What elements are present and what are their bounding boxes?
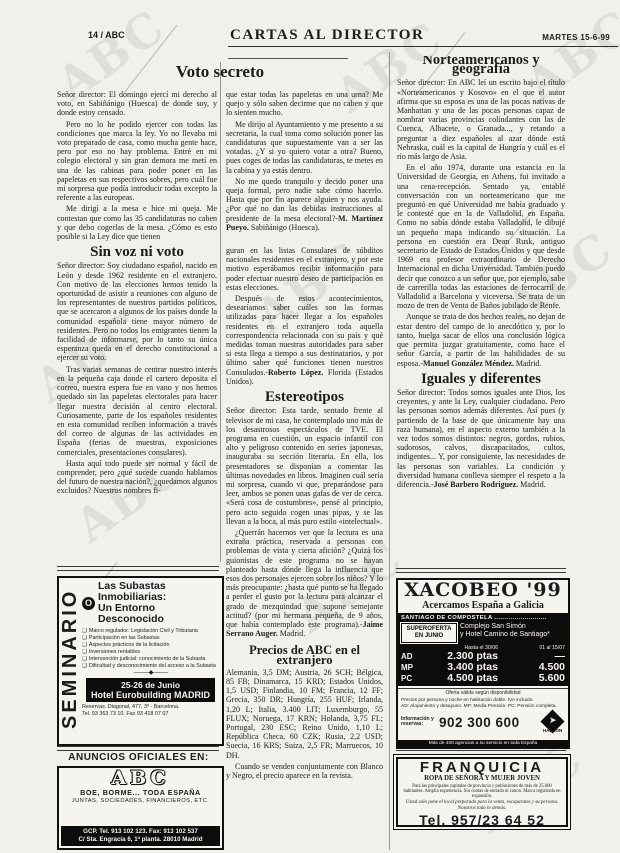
- board-type: MP: [401, 663, 431, 672]
- seminario-subastas-ad: SEMINARIO O Las Subastas Inmobiliarias: …: [57, 576, 224, 746]
- anuncios-line2: JUNTAS, SOCIEDADES, FINANCIEROS, ETC.: [59, 798, 222, 804]
- checkbox-icon: ❑: [82, 649, 87, 656]
- letter-paragraph: En el año 1974, durante una estancia en …: [397, 163, 565, 310]
- letter-paragraph: Después de estos acontecimientos, desear…: [226, 294, 383, 386]
- prices-paragraph: Alemania, 3,5 DM; Austria, 26 SCH; Bélgi…: [226, 668, 383, 760]
- seminario-title-line2: Un Entorno Desconocido: [98, 603, 219, 625]
- letter-paragraph: Aunque se trata de dos hechos reales, no…: [397, 312, 565, 367]
- headline-precios-abc: Precios de ABC en el extranjero: [226, 646, 383, 664]
- letter-paragraph: Señor director: Soy ciudadano español, n…: [57, 261, 217, 362]
- letter-signature: José Barbero Rodríguez.: [434, 480, 519, 489]
- bullet-text: Marco regulador: Legislación Civil y Tri…: [89, 628, 198, 635]
- franquicia-body: Para las principales capitales de provin…: [398, 783, 566, 800]
- info-reservas-label: Información y reservas:: [401, 717, 439, 728]
- header-rule: [228, 46, 618, 47]
- xacobeo-destination: SANTIAGO DE COMPOSTELA .................…: [401, 615, 565, 621]
- xacobeo-conditions-strip: Oferta válida según disponibilidad: [398, 688, 568, 696]
- column-rule: [228, 58, 348, 59]
- bullet-text: Inversiones rentables: [89, 649, 140, 656]
- letter-text: Señor director: Todos somos iguales ante…: [397, 388, 565, 489]
- letter-paragraph: Señor director: Esta tarde, sentado fren…: [226, 406, 383, 526]
- anuncios-oficiales-ad: ABC BOE, BORME... TODA ESPAÑA JUNTAS, SO…: [57, 766, 224, 850]
- xacobeo-subtitle: Acercamos España a Galicia: [398, 600, 568, 611]
- checkbox-icon: ❑: [82, 635, 87, 642]
- bullet-text: Dificultad y desconocimiento del acceso …: [89, 663, 216, 670]
- anuncios-contact-address: C/ Sta. Engracia 6, 1ª planta. 28010 Mad…: [61, 836, 220, 844]
- franquicia-subtitle: ROPA DE SEÑORA Y MUJER JOVEN: [398, 775, 566, 783]
- letter-paragraph: No me quedo tranquilo y decido poner una…: [226, 177, 383, 232]
- divider-ornament: ———◆———: [82, 671, 219, 676]
- headline-voto-secreto: Voto secreto: [57, 62, 383, 82]
- newspaper-page: ABC ABC ABC ABC ABC ABC ABC ABC ABC 14 /…: [0, 0, 620, 853]
- letter-paragraph: guran en las listas Consulares de súbdit…: [226, 246, 383, 292]
- letter-paragraph: Pero no lo he podido ejercer con todas l…: [57, 120, 217, 203]
- franquicia-phone: Tel. 957/23 64 52: [398, 812, 566, 827]
- seminario-logo-icon: O: [82, 597, 95, 610]
- letter-paragraph: que estar todas las papeletas en una urn…: [226, 90, 383, 118]
- page-number: 14 / ABC: [88, 30, 125, 40]
- list-item: ❑Dificultad y desconocimiento del acceso…: [82, 663, 219, 670]
- list-item: ❑Participación en las Subastas: [82, 635, 219, 642]
- letter-paragraph: ¿Querrán hacernos ver que la lectura es …: [226, 528, 383, 638]
- scan-mark: [124, 25, 178, 93]
- letter-paragraph: Tras varias semanas de centrar nuestro i…: [57, 365, 217, 457]
- franquicia-title: FRANQUICIA: [398, 760, 566, 775]
- checkbox-icon: ❑: [82, 628, 87, 635]
- column-divider: [220, 62, 221, 562]
- halcon-logo-icon: ➤ HALCÓN: [541, 710, 565, 734]
- list-item: ❑Marco regulador: Legislación Civil y Tr…: [82, 628, 219, 635]
- list-item: ❑Inversiones rentables: [82, 649, 219, 656]
- bullet-text: Participación en las Subastas: [89, 635, 160, 642]
- bullet-text: Aspectos prácticos de la licitación: [89, 642, 170, 649]
- letter-text: Después de estos acontecimientos, desear…: [226, 294, 383, 377]
- seminario-phone: Tel. 93 363 73 10. Fax 93 418 07 07: [82, 711, 219, 718]
- board-type: PC: [401, 674, 431, 683]
- price-july: 5.600: [498, 673, 565, 684]
- double-rule: [396, 750, 566, 755]
- letter-location: Madrid.: [278, 629, 306, 638]
- checkbox-icon: ❑: [82, 663, 87, 670]
- spacer: [226, 234, 383, 246]
- letter-text: ¿Querrán hacernos ver que la lectura es …: [226, 528, 383, 629]
- abc-logo: ABC: [59, 768, 222, 788]
- letter-signature: Roberto López.: [268, 368, 323, 377]
- anuncios-line1: BOE, BORME... TODA ESPAÑA: [59, 788, 222, 797]
- xacobeo-hotel-line1: Complejo San Simón: [460, 623, 550, 631]
- seminario-topics-list: ❑Marco regulador: Legislación Civil y Tr…: [82, 628, 219, 670]
- letter-signature: Manuel González Méndez.: [423, 359, 514, 368]
- price-note: AD: Alojamiento y desayuno. MP: Media Pe…: [401, 704, 565, 710]
- anuncios-contact-phone: GCP. Tel. 913 102 123. Fax: 913 102 537: [61, 828, 220, 836]
- letters-column-1: Señor director: El domingo ejercí mi der…: [57, 90, 217, 564]
- letter-location: Madrid.: [518, 480, 546, 489]
- price-table-row: PC 4.500 ptas 5.600: [401, 673, 565, 684]
- empty-cell: [401, 645, 431, 651]
- letter-paragraph: Me dirijo al Ayuntamiento y me presento …: [226, 120, 383, 175]
- checkbox-icon: ❑: [82, 642, 87, 649]
- falcon-bird-icon: ➤: [549, 716, 557, 726]
- letter-paragraph: Señor director: Todos somos iguales ante…: [397, 388, 565, 489]
- letter-paragraph: Señor director: El domingo ejercí mi der…: [57, 90, 217, 118]
- double-rule: [57, 746, 219, 751]
- column-divider: [389, 52, 390, 850]
- bullet-text: Intervención judicial: conocimiento de l…: [89, 656, 206, 663]
- section-title: CARTAS AL DIRECTOR: [230, 27, 470, 44]
- xacobeo-phone: 902 300 600: [439, 715, 520, 730]
- double-rule: [57, 566, 219, 571]
- letter-location: Sabiñánigo (Huesca).: [249, 223, 320, 232]
- board-type: AD: [401, 652, 431, 661]
- xacobeo-bottom-strip: Más de 400 agencias a su servicio en tod…: [398, 740, 568, 747]
- headline-iguales-diferentes: Iguales y diferentes: [397, 375, 565, 384]
- seminario-date: 25-26 de Junio: [86, 680, 215, 690]
- list-item: ❑Intervención judicial: conocimiento de …: [82, 656, 219, 663]
- anuncios-heading: ANUNCIOS OFICIALES EN:: [57, 752, 220, 763]
- letter-location: Madrid.: [514, 359, 542, 368]
- letter-paragraph: Señor director: En ABC leí un escrito ba…: [397, 78, 565, 161]
- list-item: ❑Aspectos prácticos de la licitación: [82, 642, 219, 649]
- headline-estereotipos: Estereotipos: [226, 393, 383, 402]
- headline-norteamericanos: Norteamericanos y geografía: [397, 56, 565, 74]
- letter-paragraph: Hasta aquí todo puede ser normal y fácil…: [57, 459, 217, 496]
- xacobeo-hotel-line2: y Hotel Camino de Santiago*: [460, 631, 550, 639]
- halcon-brand-name: HALCÓN: [543, 728, 562, 733]
- seminario-vertical-label: SEMINARIO: [59, 580, 80, 738]
- price-june: 4.500 ptas: [431, 673, 498, 684]
- superoferta-month: EN JUNIO: [404, 633, 454, 640]
- superoferta-label: SUPEROFERTA: [404, 626, 454, 633]
- seminario-venue: Hotel Eurobuilding MADRID: [86, 690, 215, 700]
- franquicia-claim: Usted sólo pone el local preparado para …: [398, 800, 566, 812]
- headline-sin-voz-ni-voto: Sin voz ni voto: [57, 248, 217, 257]
- page-date: MARTES 15-6-99: [542, 33, 610, 42]
- prices-paragraph: Cuando se venden conjuntamente con Blanc…: [226, 762, 383, 780]
- letters-column-2: que estar todas las papeletas en una urn…: [226, 90, 383, 852]
- letter-paragraph: Me dirigí a la mesa e hice mi queja. Me …: [57, 204, 217, 241]
- franquicia-ad: FRANQUICIA ROPA DE SEÑORA Y MUJER JOVEN …: [396, 757, 568, 827]
- xacobeo-halcon-ad: XACOBEO '99 Acercamos España a Galicia S…: [396, 578, 570, 749]
- letters-column-3: Norteamericanos y geografía Señor direct…: [397, 56, 565, 564]
- seminario-title-line1: Las Subastas Inmobiliarias:: [98, 581, 219, 603]
- double-rule: [396, 568, 566, 573]
- checkbox-icon: ❑: [82, 656, 87, 663]
- xacobeo-title: XACOBEO '99: [398, 580, 568, 600]
